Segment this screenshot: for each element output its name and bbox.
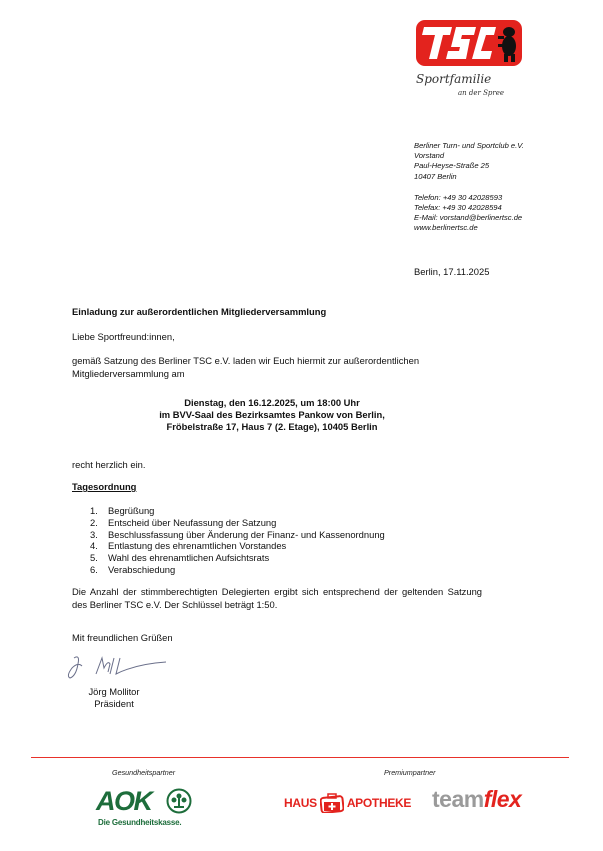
agenda-list: 1.Begrüßung 2.Entscheid über Neufassung … xyxy=(90,505,385,576)
letter-subject: Einladung zur außerordentlichen Mitglied… xyxy=(72,306,326,317)
meeting-address: Fröbelstraße 17, Haus 7 (2. Etage), 1040… xyxy=(72,421,472,433)
agenda-item: 6.Verabschiedung xyxy=(90,564,385,576)
sender-email[interactable]: E-Mail: vorstand@berlinertsc.de xyxy=(414,213,524,223)
svg-text:an der Spree: an der Spree xyxy=(458,89,504,97)
meeting-date: Dienstag, den 16.12.2025, um 18:00 Uhr xyxy=(72,397,472,409)
letter-date: Berlin, 17.11.2025 xyxy=(414,266,489,277)
aok-logo: AOK Die Gesundheitskasse. xyxy=(96,786,206,832)
sender-address: Berliner Turn- und Sportclub e.V. Vorsta… xyxy=(414,141,524,234)
agenda-item: 5.Wahl des ehrenamtlichen Aufsichtsrats xyxy=(90,552,385,564)
signer-block: Jörg Mollitor Präsident xyxy=(74,686,154,710)
premium-partner-label: Premiumpartner xyxy=(384,768,436,777)
agenda-item: 1.Begrüßung xyxy=(90,505,385,517)
meeting-location: im BVV-Saal des Bezirksamtes Pankow von … xyxy=(72,409,472,421)
intro-paragraph: gemäß Satzung des Berliner TSC e.V. lade… xyxy=(72,355,492,380)
sender-department: Vorstand xyxy=(414,151,524,161)
footer-divider xyxy=(31,757,569,758)
sender-club: Berliner Turn- und Sportclub e.V. xyxy=(414,141,524,151)
agenda-title: Tagesordnung xyxy=(72,481,136,492)
tsc-tagline: Sportfamilie an der Spree xyxy=(414,70,524,100)
agenda-item: 2.Entscheid über Neufassung der Satzung xyxy=(90,517,385,529)
svg-text:Sportfamilie: Sportfamilie xyxy=(416,72,491,86)
sender-website[interactable]: www.berlinertsc.de xyxy=(414,223,524,233)
signature xyxy=(66,650,176,684)
sender-street: Paul-Heyse-Straße 25 xyxy=(414,161,524,171)
salutation: Liebe Sportfreund:innen, xyxy=(72,331,175,342)
teamflex-logo: teamflex xyxy=(432,786,521,813)
signer-title: Präsident xyxy=(74,698,154,710)
agenda-item: 4.Entlastung des ehrenamtlichen Vorstand… xyxy=(90,540,385,552)
tsc-logo xyxy=(414,18,524,68)
sender-city: 10407 Berlin xyxy=(414,172,524,182)
first-aid-kit-icon xyxy=(320,793,344,813)
delegates-paragraph: Die Anzahl der stimmberechtigten Delegie… xyxy=(72,586,482,611)
meeting-details: Dienstag, den 16.12.2025, um 18:00 Uhr i… xyxy=(72,397,472,432)
health-partner-label: Gesundheitspartner xyxy=(112,768,175,777)
aok-tree-icon xyxy=(166,788,192,814)
signer-name: Jörg Mollitor xyxy=(74,686,154,698)
hausapotheke-logo: HAUS APOTHEKE xyxy=(284,792,411,814)
invitation-close: recht herzlich ein. xyxy=(72,459,145,470)
sender-phone: Telefon: +49 30 42028593 xyxy=(414,193,524,203)
sender-fax: Telefax: +49 30 42028594 xyxy=(414,203,524,213)
closing-greeting: Mit freundlichen Grüßen xyxy=(72,632,173,643)
agenda-item: 3.Beschlussfassung über Änderung der Fin… xyxy=(90,529,385,541)
